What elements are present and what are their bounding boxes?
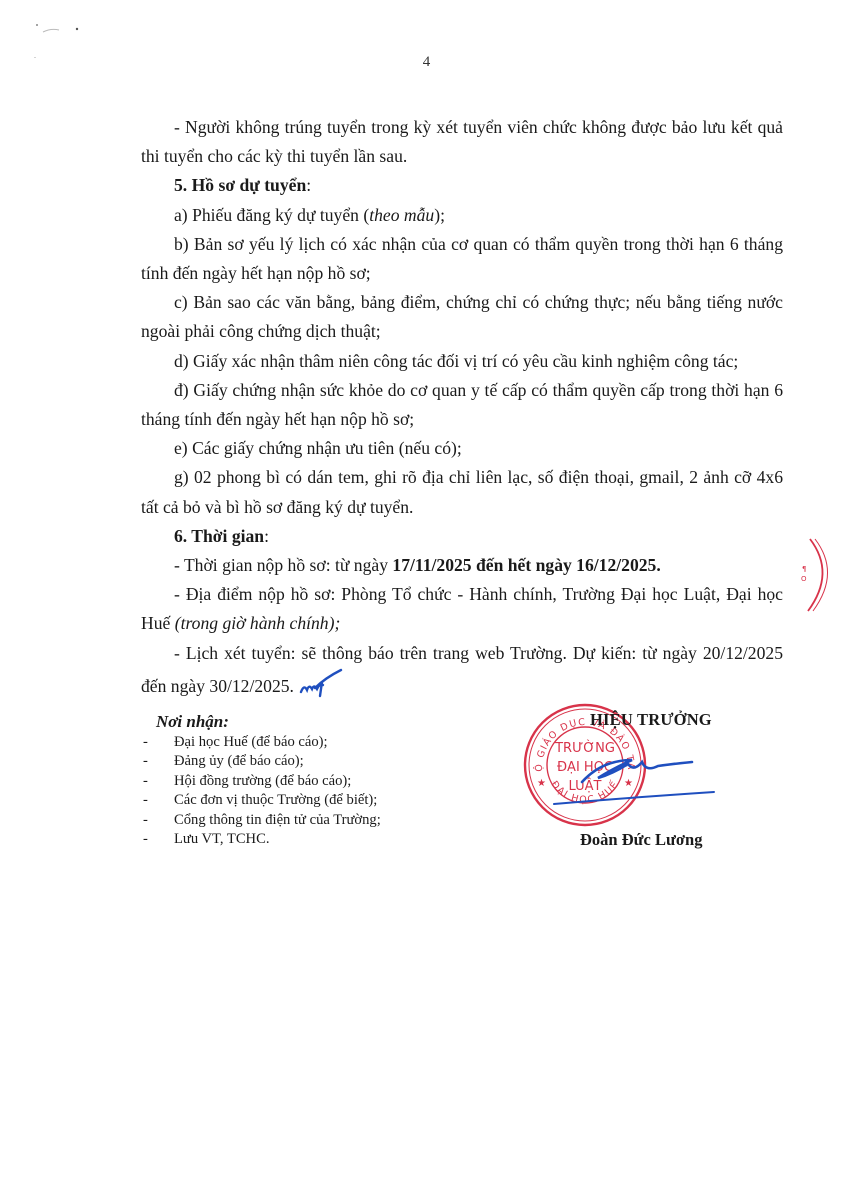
recipients-title: Nơi nhận:: [156, 711, 461, 733]
selection-schedule: - Lịch xét tuyển: sẽ thông báo trên tran…: [141, 639, 783, 701]
page-number: 4: [0, 54, 853, 71]
initials-mark: [298, 668, 344, 698]
item-dd: đ) Giấy chứng nhận sức khỏe do cơ quan y…: [141, 376, 783, 434]
section-5-heading: 5. Hồ sơ dự tuyển:: [141, 171, 783, 200]
recipients-list: -Đại học Huế (để báo cáo); -Đảng ủy (để …: [141, 733, 461, 849]
recipient-item: -Các đơn vị thuộc Trường (để biết);: [141, 791, 461, 810]
item-d: d) Giấy xác nhận thâm niên công tác đối …: [141, 347, 783, 376]
svg-text:¶: ¶: [802, 565, 806, 573]
recipient-item: -Hội đồng trường (để báo cáo);: [141, 772, 461, 791]
recipient-item: -Đại học Huế (để báo cáo);: [141, 733, 461, 752]
signer-name: Đoàn Đức Lương: [580, 830, 702, 850]
paragraph-no-reservation: - Người không trúng tuyển trong kỳ xét t…: [141, 113, 783, 171]
item-g: g) 02 phong bì có dán tem, ghi rõ địa ch…: [141, 463, 783, 521]
submission-location: - Địa điểm nộp hồ sơ: Phòng Tổ chức - Hà…: [141, 580, 783, 638]
document-body: - Người không trúng tuyển trong kỳ xét t…: [141, 113, 783, 701]
handwritten-signature: [520, 700, 760, 830]
item-c: c) Bản sao các văn bằng, bảng điểm, chứn…: [141, 288, 783, 346]
recipient-item: -Cổng thông tin điện tử của Trường;: [141, 811, 461, 830]
recipient-item: -Đảng ủy (để báo cáo);: [141, 752, 461, 771]
svg-text:O: O: [801, 575, 807, 583]
recipient-item: -Lưu VT, TCHC.: [141, 830, 461, 849]
section-6-heading: 6. Thời gian:: [141, 522, 783, 551]
submission-deadline: - Thời gian nộp hồ sơ: từ ngày 17/11/202…: [141, 551, 783, 580]
page-seal-fragment-icon: ¶ O: [800, 535, 840, 615]
recipients-block: Nơi nhận: -Đại học Huế (để báo cáo); -Đả…: [141, 711, 461, 849]
item-a: a) Phiếu đăng ký dự tuyển (theo mẫu);: [141, 201, 783, 230]
scan-artifact: [15, 18, 85, 58]
item-b: b) Bản sơ yếu lý lịch có xác nhận của cơ…: [141, 230, 783, 288]
item-e: e) Các giấy chứng nhận ưu tiên (nếu có);: [141, 434, 783, 463]
signature-block: BỘ GIÁO DỤC VÀ ĐÀO TẠO ĐẠI HỌC HUẾ ★ ★ T…: [520, 700, 760, 860]
